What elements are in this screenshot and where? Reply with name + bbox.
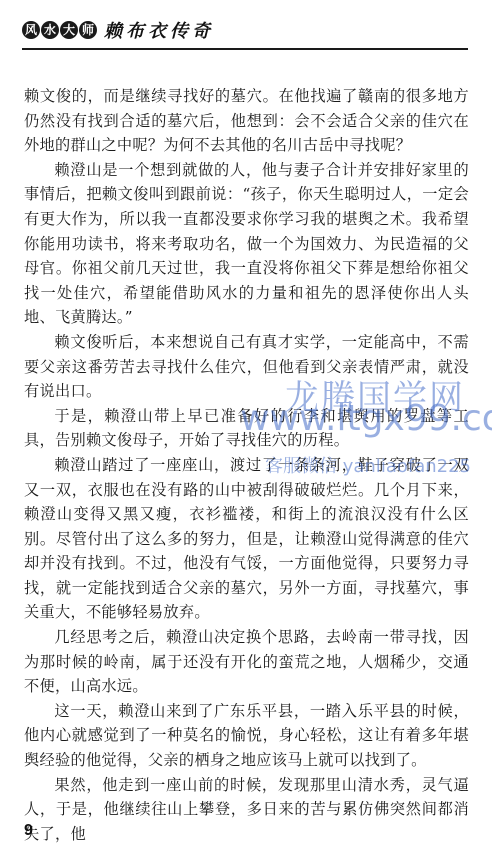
series-badge-shui: 水 xyxy=(41,21,59,39)
paragraph: 赖文俊的，而是继续寻找好的墓穴。在他找遍了赣南的很多地方仍然没有找到合适的墓穴后… xyxy=(24,84,469,158)
paragraph: 赖文俊听后，本来想说自己有真才实学，一定能高中，不需要父亲这番劳苦去寻找什么佳穴… xyxy=(24,330,469,404)
paragraph: 几经思考之后，赖澄山决定换个思路，去岭南一带寻找，因为那时候的岭南，属于还没有开… xyxy=(24,625,469,699)
book-title: 赖布衣传奇 xyxy=(104,17,214,43)
page-body: 赖文俊的，而是继续寻找好的墓穴。在他找遍了赣南的很多地方仍然没有找到合适的墓穴后… xyxy=(24,84,469,846)
series-badge-shi: 师 xyxy=(79,21,97,39)
series-badge-feng: 风 xyxy=(22,21,40,39)
series-badge-da: 大 xyxy=(60,21,78,39)
paragraph: 赖澄山踏过了一座座山，渡过了一条条河，鞋子穿破了一双又一双，衣服也在没有路的山中… xyxy=(24,453,469,625)
paragraph: 赖澄山是一个想到就做的人，他与妻子合计并安排好家里的事情后，把赖文俊叫到跟前说：… xyxy=(24,158,469,330)
paragraph: 果然，他走到一座山前的时候，发现那里山清水秀，灵气逼人，于是，他继续往山上攀登，… xyxy=(24,773,469,847)
paragraph: 于是，赖澄山带上早已准备好的行李和堪舆用的罗盘等工具，告别赖文俊母子，开始了寻找… xyxy=(24,404,469,453)
paragraph: 这一天，赖澄山来到了广东乐平县，一踏入乐平县的时候，他内心就感觉到了一种莫名的愉… xyxy=(24,699,469,773)
running-header: 风 水 大 师 赖布衣传奇 xyxy=(22,19,214,41)
header-divider xyxy=(22,48,468,50)
page-number: 9 xyxy=(24,822,33,840)
